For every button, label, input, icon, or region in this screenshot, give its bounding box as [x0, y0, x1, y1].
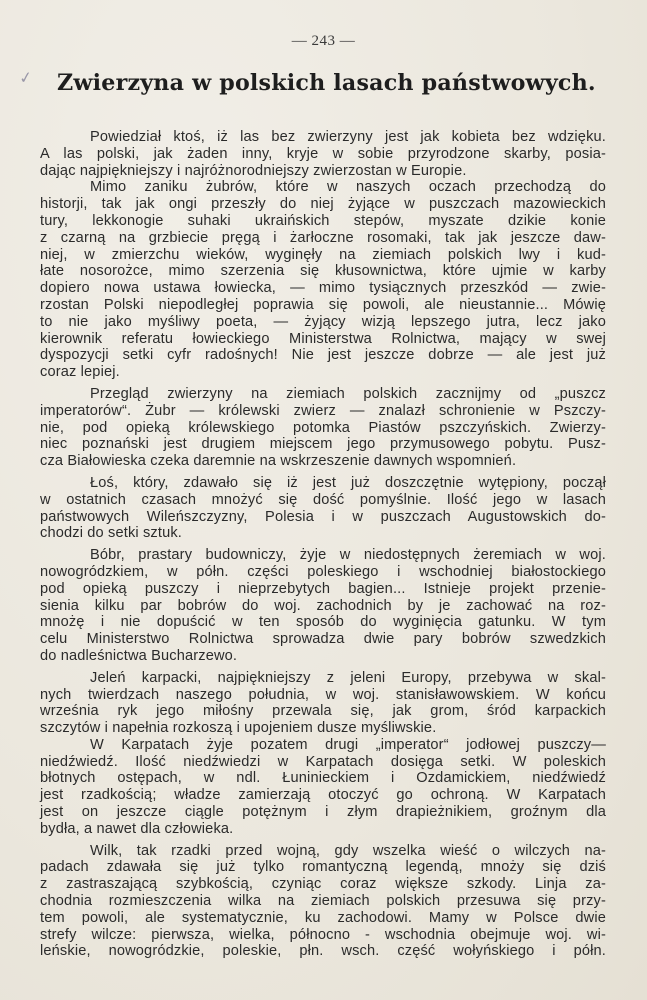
- text-line: niec poznański jest drugiem miejscem jeg…: [40, 436, 606, 453]
- text-line: leńskie, nowogródzkie, poleskie, płn. ws…: [40, 943, 606, 960]
- text-line: mnożę i nie dopuścić w ten sposób do wyg…: [40, 614, 606, 631]
- text-line: Powiedział ktoś, iż las bez zwierzyny je…: [40, 129, 606, 146]
- text-line: września ryk jego miłośny przewala się, …: [40, 703, 606, 720]
- text-line: Mimo zaniku żubrów, które w naszych ocza…: [40, 179, 606, 196]
- text-line: rzostan Polski niepodległej poprawia się…: [40, 297, 606, 314]
- text-line: coraz lepiej.: [40, 364, 606, 381]
- text-line: celu Ministerstwo Rolnictwa sprowadza dw…: [40, 631, 606, 648]
- text-line: tury, lekkonogie suhaki ukraińskich step…: [40, 213, 606, 230]
- text-line: nowogródzkiem, w półn. części poleskiego…: [40, 564, 606, 581]
- text-line: nych twierdzach naszego południa, w woj.…: [40, 687, 606, 704]
- text-line: z zastraszającą szybkością, czyniąc cora…: [40, 876, 606, 893]
- text-line: do nadleśnictwa Bucharzewo.: [40, 648, 606, 665]
- text-line: w ostatnich czasach mnożyć się dość pomy…: [40, 492, 606, 509]
- paragraph: Mimo zaniku żubrów, które w naszych ocza…: [40, 179, 606, 381]
- text-line: chodnia rozmieszczenia wilka na ziemiach…: [40, 893, 606, 910]
- text-line: kierownik referatu łowieckiego Ministers…: [40, 331, 606, 348]
- text-line: cza Białowieska czeka daremnie na wskrze…: [40, 453, 606, 470]
- text-line: błotnych ostępach, w ndl. Łuninieckiem i…: [40, 770, 606, 787]
- text-line: jest on jeszcze ciągle potężnym i złym d…: [40, 804, 606, 821]
- paragraph: Przegląd zwierzyny na ziemiach polskich …: [40, 386, 606, 470]
- text-line: niedźwiedź. Ilość niedźwiedzi w Karpatac…: [40, 754, 606, 771]
- text-line: nie, pod opieką królewskiego potomka Pia…: [40, 420, 606, 437]
- paragraph: Łoś, który, zdawało się iż jest już dosz…: [40, 475, 606, 542]
- paragraph: Bóbr, prastary budowniczy, żyje w niedos…: [40, 547, 606, 665]
- text-line: państwowych Wileńszczyzny, Polesia i w p…: [40, 509, 606, 526]
- text-line: łate nosorożce, mimo szerzenia się kłuso…: [40, 263, 606, 280]
- margin-check-mark-icon: ✓: [18, 67, 34, 88]
- text-line: tem powoli, ale systematycznie, ku zacho…: [40, 910, 606, 927]
- text-line: Wilk, tak rzadki przed wojną, gdy wszelk…: [40, 843, 606, 860]
- text-line: A las polski, jak żaden inny, kryje w so…: [40, 146, 606, 163]
- text-line: pod opieką puszczy i nieprzebytych bagie…: [40, 581, 606, 598]
- text-line: Przegląd zwierzyny na ziemiach polskich …: [40, 386, 606, 403]
- text-line: dyspozycji setki cyfr radośnych! Nie jes…: [40, 347, 606, 364]
- text-line: padach zdawała się już tylko romantyczną…: [40, 859, 606, 876]
- text-line: dopiero nowa ustawa łowiecka, — mimo tys…: [40, 280, 606, 297]
- paragraph: W Karpatach żyje pozatem drugi „imperato…: [40, 737, 606, 838]
- text-line: Bóbr, prastary budowniczy, żyje w niedos…: [40, 547, 606, 564]
- text-line: imperatorów“. Żubr — królewski zwierz — …: [40, 403, 606, 420]
- text-line: dając najpiękniejszy i najróżnorodniejsz…: [40, 163, 606, 180]
- text-line: Łoś, który, zdawało się iż jest już dosz…: [40, 475, 606, 492]
- text-line: jest rzadkością; władze zamierzają otocz…: [40, 787, 606, 804]
- text-line: W Karpatach żyje pozatem drugi „imperato…: [40, 737, 606, 754]
- text-line: to nie jako myśliwy poeta, — żyjący wizj…: [40, 314, 606, 331]
- paragraph: Wilk, tak rzadki przed wojną, gdy wszelk…: [40, 843, 606, 961]
- text-line: Jeleń karpacki, najpiękniejszy z jeleni …: [40, 670, 606, 687]
- text-line: niej, w zmierzchu wieków, wyginęły na zi…: [40, 247, 606, 264]
- article-title: Zwierzyna w polskich lasach państwowych.: [57, 70, 589, 96]
- text-line: strefy wilcze: pierwsza, wielka, północn…: [40, 927, 606, 944]
- paragraph: Powiedział ktoś, iż las bez zwierzyny je…: [40, 129, 606, 179]
- paragraph: Jeleń karpacki, najpiękniejszy z jeleni …: [40, 670, 606, 737]
- page-number: — 243 —: [0, 33, 647, 50]
- text-line: chodzi do setki sztuk.: [40, 525, 606, 542]
- text-line: z czarną na grzbiecie pręgą i żarłoczne …: [40, 230, 606, 247]
- text-line: sienia kilku par bobrów do woj. zachodni…: [40, 598, 606, 615]
- text-line: historji, tak jak ongi przeszły do niej …: [40, 196, 606, 213]
- text-line: szczytów i napełnia rozkoszą i upojeniem…: [40, 720, 606, 737]
- article-body: Powiedział ktoś, iż las bez zwierzyny je…: [40, 129, 606, 960]
- text-line: bydła, a nawet dla człowieka.: [40, 821, 606, 838]
